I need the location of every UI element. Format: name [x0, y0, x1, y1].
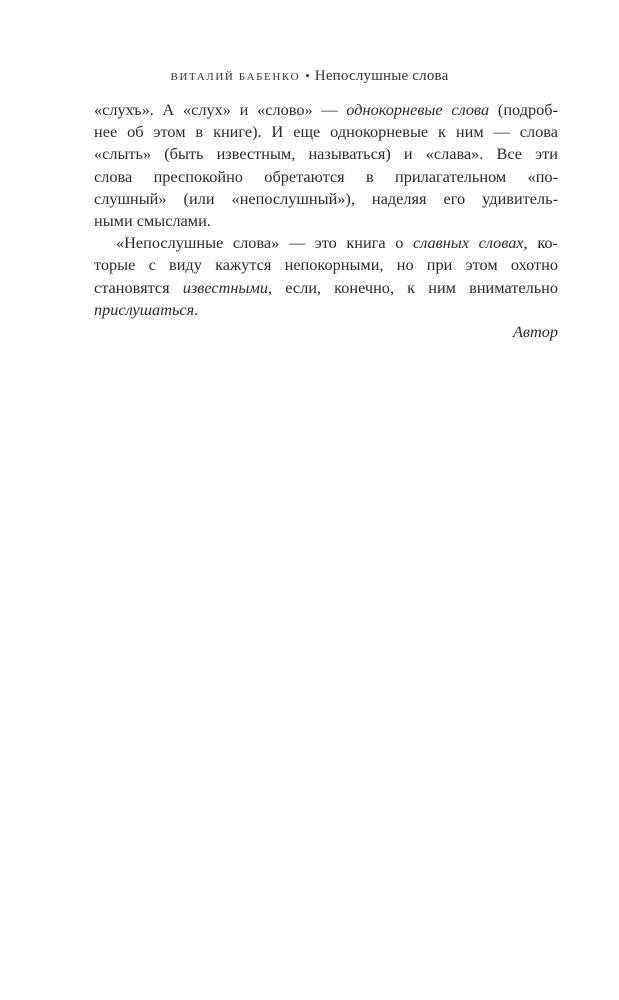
text-line: «Непослушные слова» — это книга о славны…: [94, 232, 558, 254]
running-head: Виталий Бабенко • Непослушные слова: [0, 68, 619, 85]
text-line: «слыть» (быть известным, называться) и «…: [94, 143, 558, 165]
text-line: слова преспокойно обретаются в прилагате…: [94, 166, 558, 188]
body-text: «слухъ». А «слух» и «слово» — однокорнев…: [94, 99, 558, 321]
text-line: «слухъ». А «слух» и «слово» — однокорнев…: [94, 99, 558, 121]
running-head-separator: •: [305, 68, 310, 83]
running-head-title: Непослушные слова: [315, 68, 449, 84]
text-line: слушный» (или «непослушный»), наделяя ег…: [94, 188, 558, 210]
running-head-author: Виталий Бабенко: [171, 71, 301, 83]
text-line: становятся известными, если, конечно, к …: [94, 277, 558, 299]
signature: Автор: [513, 322, 558, 342]
text-line: прислушаться.: [94, 299, 558, 321]
text-line: торые с виду кажутся непокорными, но при…: [94, 254, 558, 276]
text-line: нее об этом в книге). И еще однокорневые…: [94, 121, 558, 143]
text-line: ными смыслами.: [94, 210, 558, 232]
